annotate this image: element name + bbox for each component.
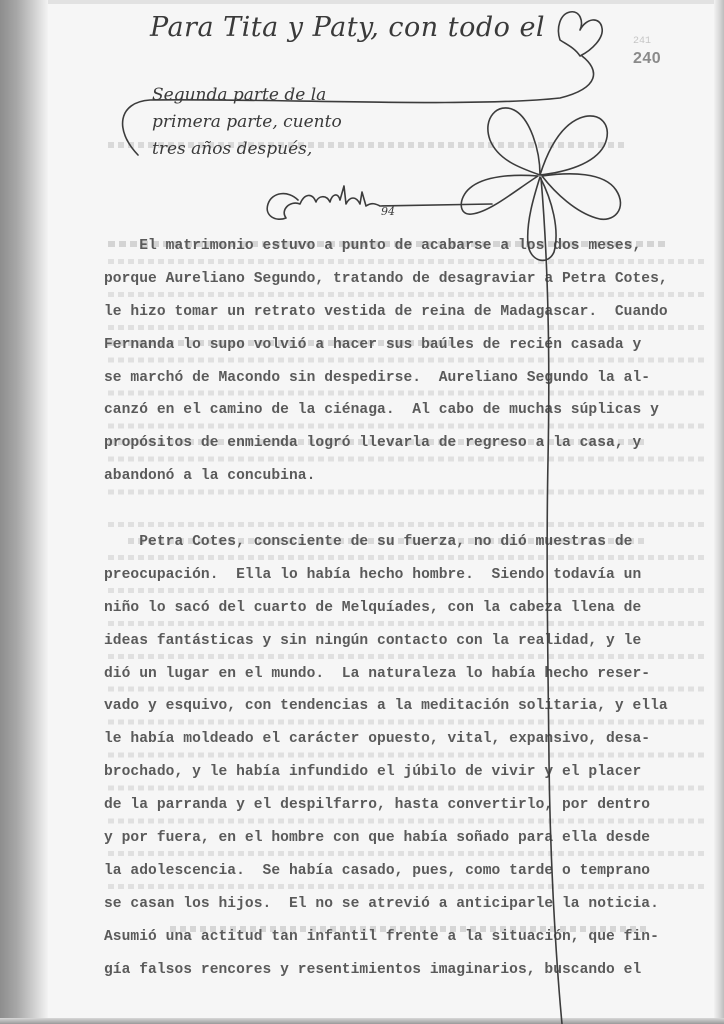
text-line: niño lo sacó del cuarto de Melquíades, c… xyxy=(104,592,704,625)
note-line: primera parte, cuento xyxy=(152,109,352,136)
page-bottom-edge xyxy=(0,1018,724,1024)
text-line: brochado, y le había infundido el júbilo… xyxy=(104,756,704,789)
text-line: de la parranda y el despilfarro, hasta c… xyxy=(104,789,704,822)
text-line: se marchó de Macondo sin despedirse. Aur… xyxy=(104,362,704,395)
text-line: le había moldeado el carácter opuesto, v… xyxy=(104,723,704,756)
manuscript-page: 241 240 El matrimonio estuvo a punto de … xyxy=(0,0,724,1024)
typed-body: El matrimonio estuvo a punto de acabarse… xyxy=(104,230,704,986)
text-line: ideas fantásticas y sin ningún contacto … xyxy=(104,625,704,658)
text-line: se casan los hijos. El no se atrevió a a… xyxy=(104,888,704,921)
text-line: vado y esquivo, con tendencias a la medi… xyxy=(104,690,704,723)
text-line: Asumió una actitud tan infantil frente a… xyxy=(104,921,704,954)
paragraph-2: Petra Cotes, consciente de su fuerza, no… xyxy=(104,526,704,986)
note-line: tres años después, xyxy=(152,136,352,163)
text-line: abandonó a la concubina. xyxy=(104,460,704,493)
text-line: El matrimonio estuvo a punto de acabarse… xyxy=(104,230,704,263)
page-number: 240 xyxy=(633,50,661,68)
heart-icon xyxy=(558,12,602,56)
text-line: Fernanda lo supo volvió a hacer sus baúl… xyxy=(104,329,704,362)
signature-year: 94 xyxy=(381,205,395,218)
text-line: porque Aureliano Segundo, tratando de de… xyxy=(104,263,704,296)
dedication-text: Para Tita y Paty, con todo el xyxy=(150,12,545,43)
page-number-ghost: 241 xyxy=(633,36,651,47)
paragraph-gap xyxy=(104,493,704,526)
text-line: la adolescencia. Se había casado, pues, … xyxy=(104,855,704,888)
text-line: canzó en el camino de la ciénaga. Al cab… xyxy=(104,394,704,427)
text-line: le hizo tomar un retrato vestida de rein… xyxy=(104,296,704,329)
handwritten-dedication: Para Tita y Paty, con todo el xyxy=(150,12,545,43)
note-line: Segunda parte de la xyxy=(152,82,352,109)
handwritten-note: Segunda parte de la primera parte, cuent… xyxy=(152,82,352,163)
text-line: gía falsos rencores y resentimientos ima… xyxy=(104,954,704,987)
text-line: propósitos de enmienda logró llevarla de… xyxy=(104,427,704,460)
text-line: Petra Cotes, consciente de su fuerza, no… xyxy=(104,526,704,559)
page-top-edge xyxy=(0,0,724,4)
paragraph-1: El matrimonio estuvo a punto de acabarse… xyxy=(104,230,704,493)
page-right-edge xyxy=(714,0,724,1024)
text-line: dió un lugar en el mundo. La naturaleza … xyxy=(104,658,704,691)
text-line: preocupación. Ella lo había hecho hombre… xyxy=(104,559,704,592)
scan-binding-shadow xyxy=(0,0,48,1024)
text-line: y por fuera, en el hombre con que había … xyxy=(104,822,704,855)
